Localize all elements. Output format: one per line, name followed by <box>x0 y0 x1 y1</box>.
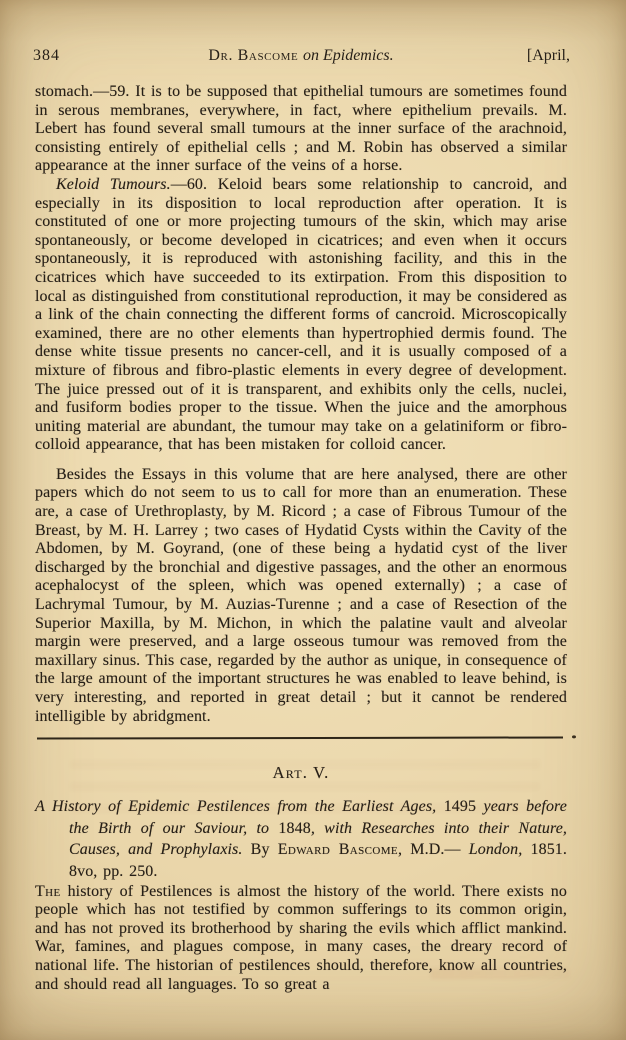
running-title: Dr. Bascome on Epidemics. <box>35 46 567 65</box>
text-segment: , M.D.— <box>398 841 469 858</box>
article-heading: Art. V. <box>35 763 567 783</box>
issue-date: [April, <box>527 46 570 65</box>
text-segment: Besides the Essays in this volume that a… <box>35 466 567 725</box>
paragraph-other-essays: Besides the Essays in this volume that a… <box>35 466 567 726</box>
ink-speck <box>572 736 576 739</box>
running-head: 384 Dr. Bascome on Epidemics. [April, <box>35 46 567 66</box>
text-segment: —60. Keloid bears some relationship to c… <box>35 176 567 453</box>
page-number: 384 <box>33 46 60 65</box>
paragraph-article-opening: The history of Pestilences is almost the… <box>35 883 567 995</box>
text-column: 384 Dr. Bascome on Epidemics. [April, st… <box>35 46 567 994</box>
text-segment: The <box>35 883 61 900</box>
text-segment: A History of Epidemic Pestilences from t… <box>35 798 444 815</box>
text-segment: By <box>243 841 278 858</box>
paragraph-keloid-tumours: Keloid Tumours.—60. Keloid bears some re… <box>35 176 567 455</box>
text-segment: Edward Bascome <box>278 841 398 858</box>
text-segment: 1495 <box>444 798 476 815</box>
running-title-subject: on Epidemics. <box>303 47 394 64</box>
running-title-author: Dr. Bascome <box>208 47 303 64</box>
text-segment: history of Pestilences is almost the his… <box>35 883 567 993</box>
text-segment: Keloid Tumours. <box>56 176 171 193</box>
text-segment: stomach.—59. It is to be supposed that e… <box>35 83 567 174</box>
article-citation: A History of Epidemic Pestilences from t… <box>35 796 567 882</box>
text-segment: 1848 <box>278 820 310 837</box>
paragraph-epithelial-tumours: stomach.—59. It is to be supposed that e… <box>35 83 567 176</box>
scanned-book-page: 384 Dr. Bascome on Epidemics. [April, st… <box>0 0 626 1040</box>
text-segment: London, <box>469 841 523 858</box>
section-divider-rule <box>37 737 563 740</box>
